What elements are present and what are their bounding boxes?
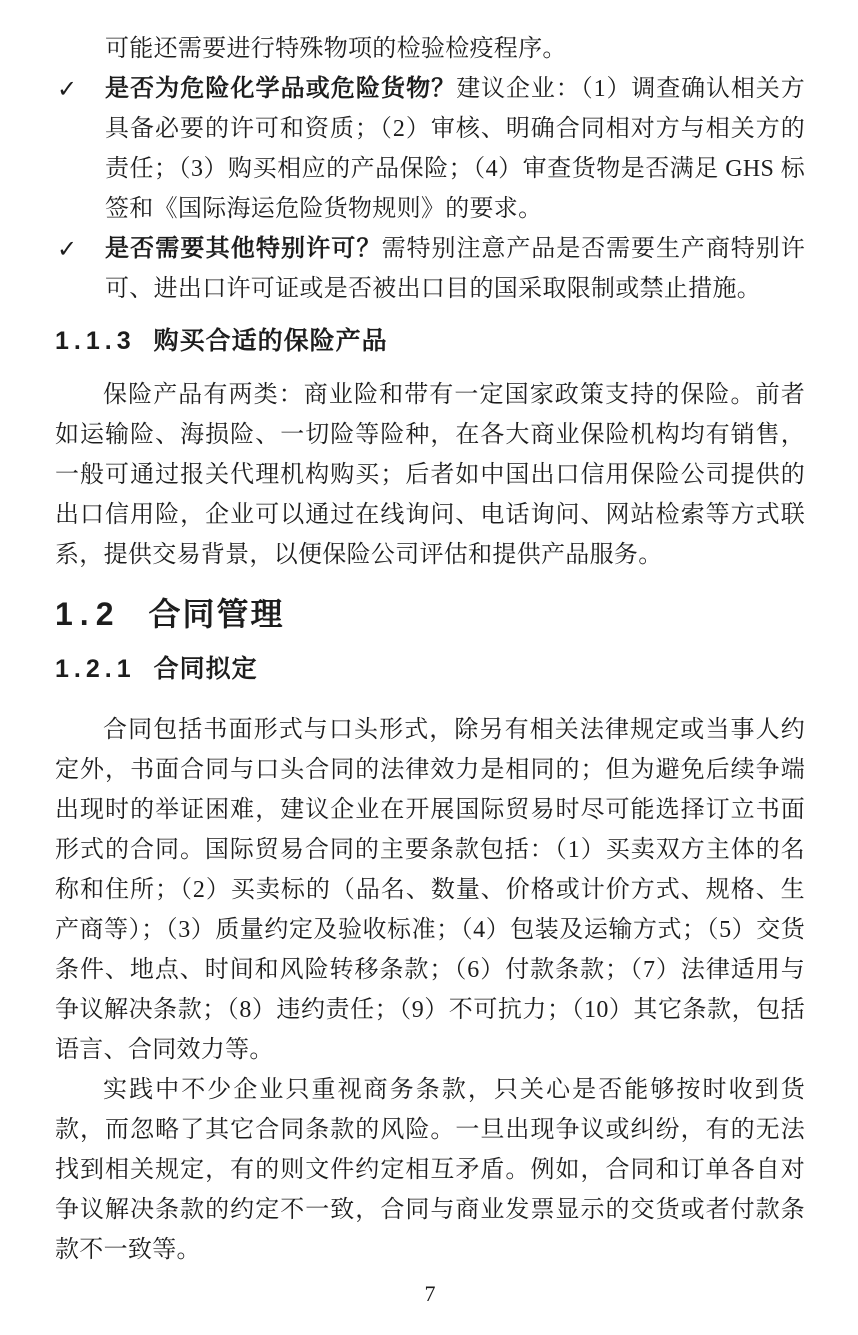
bullet-text: 是否需要其他特别许可？需特别注意产品是否需要生产商特别许可、进出口许可证或是否被…: [105, 229, 805, 309]
bullet-lead-bold: 是否需要其他特别许可？: [105, 235, 382, 262]
bullet-lead-bold: 是否为危险化学品或危险货物？: [105, 75, 456, 102]
heading-title: 购买合适的保险产品: [154, 327, 388, 355]
continuation-line: 可能还需要进行特殊物项的检验检疫程序。: [55, 29, 805, 69]
section-heading-1-2: 1.2合同管理: [55, 592, 805, 636]
heading-title: 合同拟定: [154, 655, 258, 683]
section-heading-1-1-3: 1.1.3购买合适的保险产品: [55, 323, 805, 359]
paragraph-practice-risks: 实践中不少企业只重视商务条款，只关心是否能够按时收到货款，而忽略了其它合同条款的…: [55, 1070, 805, 1270]
checkmark-icon: ✓: [55, 69, 105, 109]
page-number: 7: [55, 1279, 805, 1309]
document-page: 可能还需要进行特殊物项的检验检疫程序。 ✓ 是否为危险化学品或危险货物？建议企业…: [0, 0, 858, 1335]
paragraph-insurance: 保险产品有两类：商业险和带有一定国家政策支持的保险。前者如运输险、海损险、一切险…: [55, 375, 805, 575]
bullet-item-dangerous-goods: ✓ 是否为危险化学品或危险货物？建议企业：（1）调查确认相关方具备必要的许可和资…: [55, 69, 805, 229]
checkmark-icon: ✓: [55, 229, 105, 269]
heading-number: 1.2: [55, 596, 120, 632]
heading-number: 1.2.1: [55, 655, 136, 683]
heading-title: 合同管理: [148, 596, 284, 632]
paragraph-contract-clauses: 合同包括书面形式与口头形式，除另有相关法律规定或当事人约定外，书面合同与口头合同…: [55, 710, 805, 1070]
section-heading-1-2-1: 1.2.1合同拟定: [55, 651, 805, 687]
bullet-text: 是否为危险化学品或危险货物？建议企业：（1）调查确认相关方具备必要的许可和资质；…: [105, 69, 805, 229]
bullet-item-special-permit: ✓ 是否需要其他特别许可？需特别注意产品是否需要生产商特别许可、进出口许可证或是…: [55, 229, 805, 309]
heading-number: 1.1.3: [55, 327, 136, 355]
